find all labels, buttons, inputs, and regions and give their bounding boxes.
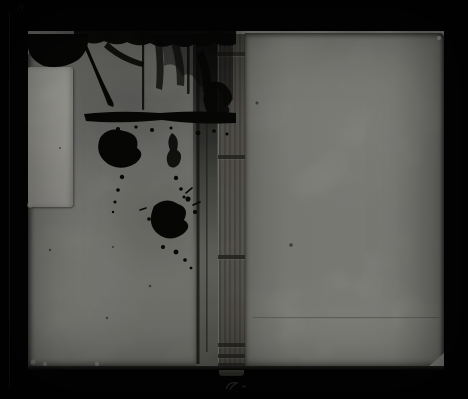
stitch-band [218,52,247,56]
right-cover [245,33,444,367]
stitch-band [218,354,247,358]
stitch-band [218,155,247,159]
left-cover [28,39,196,367]
hinge-groove [196,37,218,367]
title-label [28,67,73,207]
book [28,31,444,367]
stitch-band [218,255,247,259]
photograph [0,0,468,399]
photographic-mark [226,383,246,390]
stitch-band [218,343,247,347]
photo-scratch-artifact [13,4,27,12]
stitch-band [218,363,247,367]
corner-highlight [437,36,441,40]
photo-edge-artifact [9,12,10,388]
spine-tail-tab [219,367,244,376]
spine-strip [218,34,247,367]
crease-line [253,317,439,319]
cover-corner-rim [28,39,43,54]
corner-curl [428,353,444,367]
